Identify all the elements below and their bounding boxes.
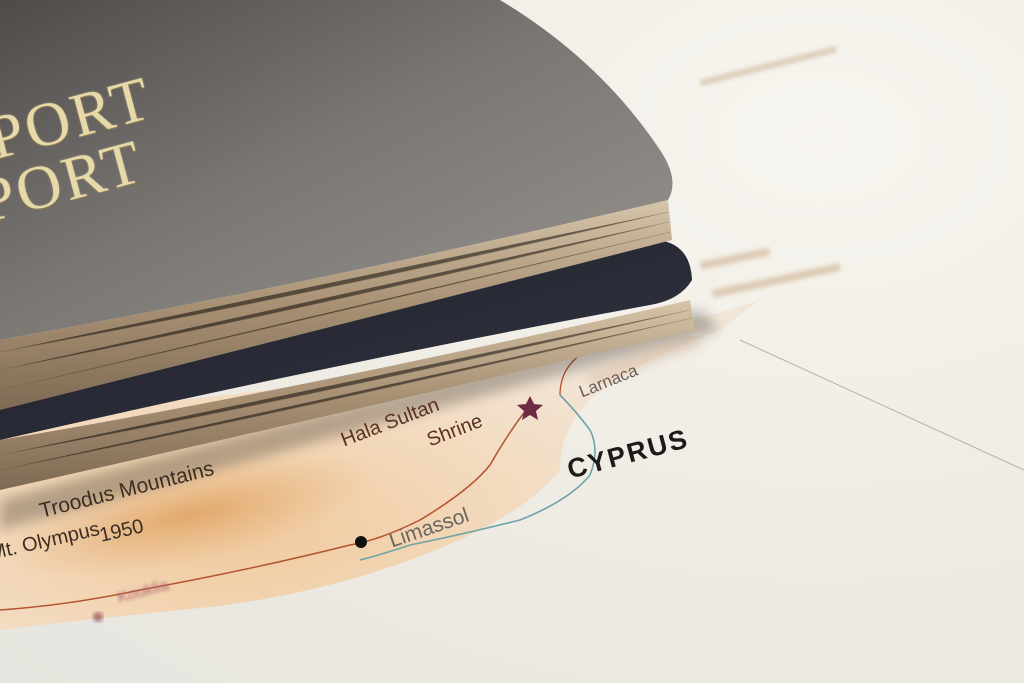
photo-scene: PORT SPORT Troodus Mountains Mt. Olympus… [0, 0, 1024, 683]
